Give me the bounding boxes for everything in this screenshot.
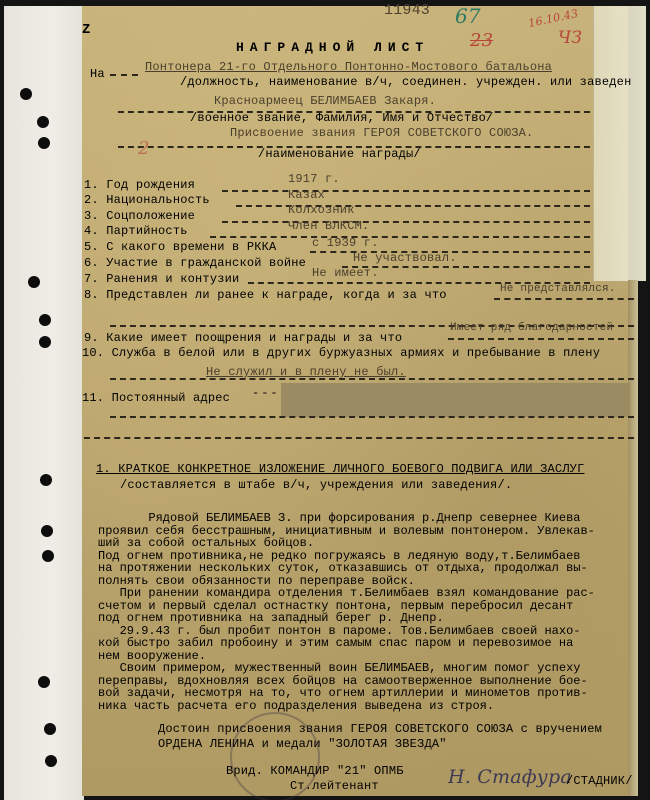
dash-line bbox=[342, 266, 590, 268]
punch-hole bbox=[40, 474, 52, 486]
field-10-value: Не служил и в плену не был. bbox=[206, 365, 406, 379]
field-8-value: Не представлялся. bbox=[500, 283, 616, 295]
document-title: НАГРАДНОЙ ЛИСТ bbox=[236, 40, 429, 55]
dash-line bbox=[222, 221, 590, 223]
punch-hole bbox=[39, 314, 51, 326]
section-heading: 1. КРАТКОЕ КОНКРЕТНОЕ ИЗЛОЖЕНИЕ ЛИЧНОГО … bbox=[96, 462, 584, 476]
field-5-label: 5. С какого времени в РККА bbox=[84, 240, 276, 254]
margin-handwritten-mark: 2 bbox=[138, 138, 150, 159]
award-caption: /наименование награды/ bbox=[258, 147, 421, 161]
punch-hole bbox=[38, 676, 50, 688]
field-1-label: 1. Год рождения bbox=[84, 178, 195, 192]
conclusion-line-1: Достоин присвоения звания ГЕРОЯ СОВЕТСКО… bbox=[158, 722, 638, 736]
punch-hole bbox=[39, 336, 51, 348]
unit-caption: /должность, наименование в/ч, соединен. … bbox=[180, 75, 631, 89]
field-6-label: 6. Участие в гражданской войне bbox=[84, 256, 306, 270]
dash-line bbox=[210, 236, 590, 238]
handwritten-mark: ЧЗ bbox=[558, 28, 582, 48]
punch-hole bbox=[38, 137, 50, 149]
field-4-value: Член ВЛКСМ. bbox=[288, 219, 369, 233]
archive-number: 11943 bbox=[384, 2, 430, 19]
field-4-label: 4. Партийность bbox=[84, 224, 188, 238]
punch-hole bbox=[41, 525, 53, 537]
dash-line bbox=[110, 416, 634, 418]
punch-hole bbox=[45, 755, 57, 767]
field-7-value: Не имеет. bbox=[312, 266, 379, 280]
person-value: Красноармеец БЕЛИМБАЕВ Закаря. bbox=[214, 94, 436, 108]
punch-hole bbox=[28, 276, 40, 288]
punch-hole bbox=[20, 88, 32, 100]
field-1-value: 1917 г. bbox=[288, 172, 340, 186]
punch-hole bbox=[44, 723, 56, 735]
field-9-label: 9. Какие имеет поощрения и награды и за … bbox=[84, 331, 402, 345]
field-11-value: --- bbox=[252, 386, 280, 400]
field-5-value: с 1939 г. bbox=[312, 236, 379, 250]
na-label: На bbox=[90, 67, 105, 81]
field-7-label: 7. Ранения и контузии bbox=[84, 272, 239, 286]
dash-line bbox=[448, 338, 634, 340]
tape-patch bbox=[593, 6, 646, 281]
field-10-label: 10. Служба в белой или в других буржуазн… bbox=[82, 346, 637, 360]
field-3-label: 3. Соцположение bbox=[84, 209, 195, 223]
corner-mark: Z bbox=[82, 22, 91, 38]
redacted-address bbox=[281, 383, 630, 417]
field-3-value: Колхозник bbox=[288, 203, 355, 217]
dash-line bbox=[110, 378, 634, 380]
handwritten-number: 67 bbox=[455, 4, 481, 28]
dash-line bbox=[84, 437, 634, 439]
signature-position: Врид. КОМАНДИР "21" ОПМБ bbox=[226, 764, 404, 778]
handwritten-signature: Н. Стафура bbox=[448, 766, 572, 788]
field-11-label: 11. Постоянный адрес bbox=[82, 391, 230, 405]
punch-hole bbox=[42, 550, 54, 562]
field-6-value: Не участвовал. bbox=[353, 251, 457, 265]
award-value: Присвоение звания ГЕРОЯ СОВЕТСКОГО СОЮЗА… bbox=[230, 126, 533, 140]
field-9-value: Имеет ряд благодарностей bbox=[450, 322, 613, 334]
signature-name: /СТАДНИК/ bbox=[566, 774, 633, 788]
handwritten-strike: 23 bbox=[470, 30, 493, 51]
field-2-label: 2. Национальность bbox=[84, 193, 210, 207]
dash-line bbox=[222, 190, 590, 192]
field-8-label: 8. Представлен ли ранее к награде, когда… bbox=[84, 288, 447, 302]
field-2-value: Казах bbox=[288, 188, 325, 202]
section-subheading: /составляется в штабе в/ч, учреждения ил… bbox=[120, 478, 512, 492]
person-caption: /военное звание, Фамилия, Имя и Отчество… bbox=[190, 111, 493, 125]
punch-hole bbox=[37, 116, 49, 128]
dash-line bbox=[494, 298, 634, 300]
dash-line bbox=[110, 74, 138, 76]
unit-value: Понтонера 21-го Отдельного Понтонно-Мост… bbox=[145, 60, 552, 74]
signature-rank: Ст.лейтенант bbox=[290, 779, 379, 793]
